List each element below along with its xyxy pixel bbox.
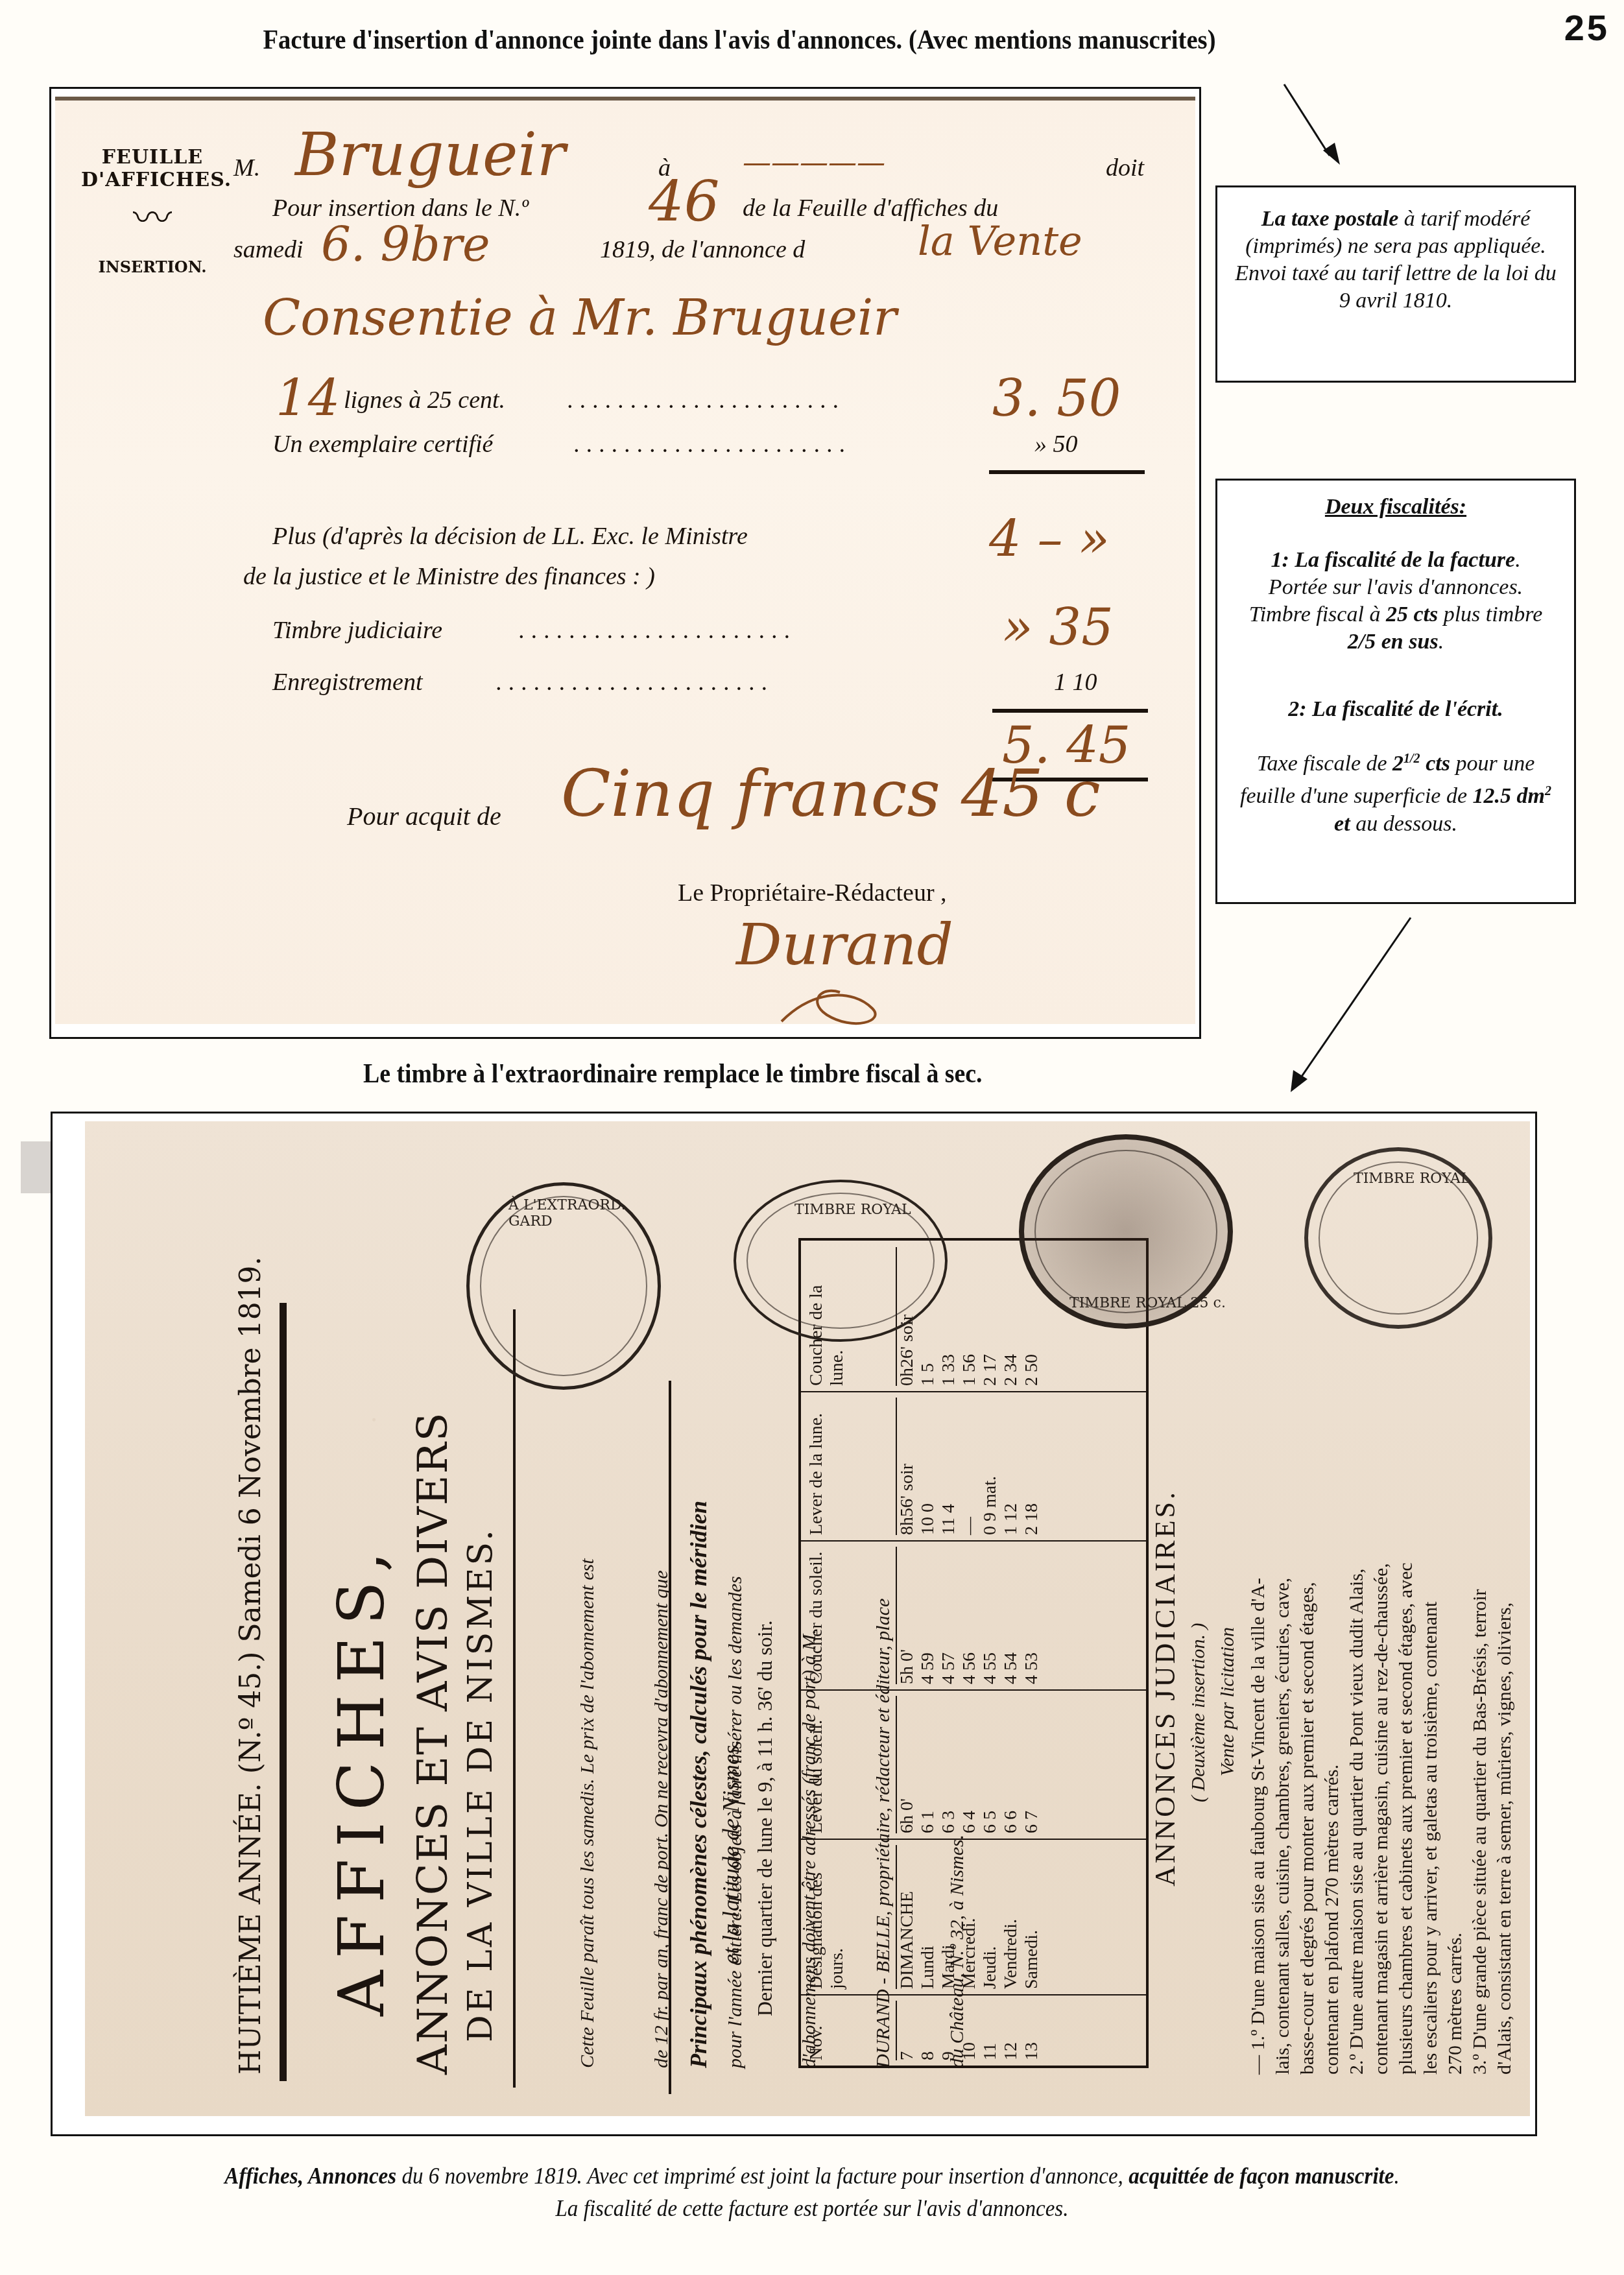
fiscal-section-1: 1: La fiscalité de la facture. Portée su… [1233,547,1558,656]
amount-lignes: 3. 50 [992,370,1121,428]
flourish-ornament-icon: 〰 [81,199,224,238]
annonce-line: d'Alais, consistant en terre à semer, mû… [1492,1562,1517,2075]
newspaper-document: HUITIÈME ANNÉE. (N.º 45.) Samedi 6 Novem… [85,1121,1530,2116]
annonce-line: 270 mètres carrés. [1443,1562,1468,2075]
notice-line: Cette Feuille paraît tous les samedis. L… [575,1559,600,2068]
annonces-subtitle: ( Deuxième insertion. ) [1188,1623,1210,1802]
table-cell: 2 17 [980,1247,1001,1386]
annonce-line: basse-cour et degrés pour monter aux pre… [1295,1562,1320,2075]
fiscal-note-heading: Deux fiscalités: [1233,494,1558,521]
caption-line-1: Affiches, Annonces du 6 novembre 1819. A… [65,2160,1559,2192]
table-cell: 10 0 [918,1398,938,1535]
table-header: Coucher du soleil. [806,1547,897,1684]
caption-text: du 6 novembre 1819. Avec cet imprimé est… [396,2163,1128,2189]
table-cell: Mercredi. [959,1845,980,1989]
annonces-title: ANNONCES JUDICIAIRES. [1149,1490,1182,1887]
stamp-legend: TIMBRE ROYAL 25 c. [1069,1295,1226,1311]
caption-line-2: La fiscalité de cette facture est portée… [65,2192,1559,2224]
table-cell: 5h 0' [897,1547,918,1684]
fiscal-note: Deux fiscalités: 1: La fiscalité de la f… [1215,479,1576,904]
newspaper-frame: HUITIÈME ANNÉE. (N.º 45.) Samedi 6 Novem… [51,1112,1537,2136]
table-cell: 4 59 [918,1547,938,1684]
phenomena-title-2: et la latitude de Nismes. [717,1739,745,1964]
invoice-masthead: FEUILLE D'AFFICHES. 〰 INSERTION. [81,146,224,276]
masthead-affiches: D'AFFICHES. [81,169,224,191]
annonce-line: les escaliers pour y arriver, et galetas… [1418,1562,1443,2075]
printed-enregistrement: Enregistrement [272,668,422,697]
table-cell: 0 9 mat. [980,1398,1001,1535]
table-cell: 8h56' soir [897,1398,918,1535]
royal-stamp-icon: TIMBRE ROYAL [734,1180,948,1342]
fiscal-s2-et: et [1334,812,1350,836]
table-cell: 13 [1021,2001,1042,2060]
fiscal-section-2-title: 2: La fiscalité de l'écrit. [1233,696,1558,723]
annonce-line: plusieurs chambres et cabinets aux premi… [1394,1562,1418,2075]
table-cell: 4 54 [1001,1547,1021,1684]
faded-stamp-icon: TIMBRE ROYAL [1304,1147,1492,1329]
amount-enregistrement: 1 10 [1054,668,1097,697]
page-title: Facture d'insertion d'annonce jointe dan… [59,25,1420,56]
phenomena-title-1: Principaux phénomènes célestes, calculés… [685,1501,712,2068]
table-cell: 6 7 [1021,1696,1042,1833]
table-cell: 8 [918,2001,938,2060]
printed-plus-line2: de la justice et le Ministre des finance… [243,562,655,591]
table-cell: 11 4 [938,1398,959,1535]
col-coucher-soleil: Coucher du soleil. 5h 0' 4 59 4 57 4 56 … [801,1540,1146,1689]
fiscal-s2-area: 12.5 dm [1473,785,1545,809]
table-header: Lever de la lune. [806,1398,897,1535]
arrow-down-right-icon [1278,78,1349,169]
invoice-frame: FEUILLE D'AFFICHES. 〰 INSERTION. M. Brug… [49,87,1201,1039]
annonce-line: — 1.º D'une maison sise au faubourg St-V… [1246,1562,1271,2075]
caption-emphasis: acquittée de façon manuscrite [1128,2163,1394,2189]
fiscal-s1-title: 1: La fiscalité de la facture [1271,548,1515,572]
table-cell: 4 57 [938,1547,959,1684]
subtotal-rule [989,470,1145,474]
col-lever-lune: Lever de la lune. 8h56' soir 10 0 11 4 —… [801,1391,1146,1540]
table-cell: 4 56 [959,1547,980,1684]
printed-plus-line1: Plus (d'après la décision de LL. Exc. le… [272,522,748,551]
fiscal-s2-fraction: 1/2 [1403,752,1420,766]
table-cell: 9 [938,2001,959,2060]
table-cell: 6h 0' [897,1696,918,1833]
bottom-caption: Affiches, Annonces du 6 novembre 1819. A… [0,2160,1624,2224]
handwritten-annonce: la Vente [918,217,1082,265]
newspaper-subtitle-1: ANNONCES ET AVIS DIVERS [409,1411,457,2075]
vente-heading: Vente par licitation [1217,1627,1239,1776]
handwritten-dash: ————— [743,146,885,179]
newspaper-header-line: HUITIÈME ANNÉE. (N.º 45.) Samedi 6 Novem… [234,1256,267,2075]
table-cell: Mardi [938,1845,959,1989]
printed-m: M. [233,154,260,182]
table-cell: 6 3 [938,1696,959,1833]
fiscal-s2-unit: cts [1420,752,1450,776]
table-cell: Lundi [918,1845,938,1989]
table-cell: — [959,1398,980,1535]
fiscal-s1-line1: Portée sur l'avis d'annonces. [1269,575,1523,599]
postal-tax-note: La taxe postale à tarif modéré (imprimés… [1215,185,1576,383]
table-cell: 6 6 [1001,1696,1021,1833]
handwritten-signature: Durand [736,911,953,978]
masthead-feuille: FEUILLE [81,146,224,169]
caption-end: . [1394,2163,1400,2189]
fiscal-s2-square: 2 [1545,784,1551,798]
printed-pour-acquit: Pour acquit de [347,801,501,831]
amount-timbre: » 35 [1002,599,1114,657]
last-quarter-note: Dernier quartier de lune le 9, à 11 h. 3… [753,1620,777,2016]
fiscal-s2-end: au dessous. [1350,812,1457,836]
total-rule [992,709,1148,713]
amount-exemplaire: » 50 [1034,430,1078,459]
table-cell: Vendredi. [1001,1845,1021,1989]
printed-timbre: Timbre judiciaire [272,616,442,645]
printed-samedi: samedi [233,235,304,264]
table-cell: 1 56 [959,1247,980,1386]
postal-note-bold: La taxe postale [1261,207,1399,231]
handwritten-lignes-count: 14 [276,370,340,428]
fiscal-s1-amount: 25 cts [1386,602,1438,626]
table-header: Nov. [806,2001,897,2060]
table-cell: 7 [897,2001,918,2060]
table-cell: DIMANCHE [897,1845,918,1989]
notice-rule [669,1381,671,2094]
handwritten-consentie: Consentie à Mr. Brugueir [263,289,897,346]
newspaper-title: AFFICHES, [325,1540,399,2016]
annonces-body: — 1.º D'une maison sise au faubourg St-V… [1246,1562,1517,2075]
table-cell: 6 1 [918,1696,938,1833]
printed-exemplaire: Un exemplaire certifié [272,430,493,459]
table-cell: 4 55 [980,1547,1001,1684]
almanac-table: Nov. 7 8 9 10 11 12 13 Désignation des j… [798,1238,1149,2068]
col-nov: Nov. 7 8 9 10 11 12 13 [801,1994,1146,2066]
leader-dots: ...................... [519,616,797,645]
leader-dots: ...................... [574,430,852,459]
annonce-line: contenant en plafond 270 mètres carrés. [1320,1562,1344,2075]
arrow-down-left-icon [1284,914,1420,1096]
annonce-line: 3.º D'une grande pièce située au quartie… [1468,1562,1492,2075]
table-cell: 6 5 [980,1696,1001,1833]
col-lever-soleil: Lever du soleil. 6h 0' 6 1 6 3 6 4 6 5 6… [801,1689,1146,1839]
table-cell: 12 [1001,2001,1021,2060]
table-header: Lever du soleil. [806,1696,897,1833]
table-cell: 6 4 [959,1696,980,1833]
subtitle-rule [513,1309,516,2088]
fiscal-s1-text: Timbre fiscal à [1249,602,1386,626]
table-header: Désignation des jours. [806,1845,897,1989]
col-jours: Désignation des jours. DIMANCHE Lundi Ma… [801,1839,1146,1994]
fiscal-section-2: Taxe fiscale de 21/2 cts pour une feuill… [1233,745,1558,838]
handwritten-acquit-amount: Cinq francs 45 c [561,756,1101,831]
table-cell: 4 53 [1021,1547,1042,1684]
page-number: 25 [1564,6,1610,49]
masthead-insertion: INSERTION. [81,257,224,276]
printed-doit: doit [1106,154,1144,182]
stamp-legend: À L'EXTRAORD. GARD [508,1197,658,1230]
fiscal-s2-title: 2: La fiscalité de l'écrit. [1288,697,1503,721]
handwritten-name: Brugueir [295,120,566,189]
annonce-line: lais, contenant salles, cuisine, chambre… [1271,1562,1295,2075]
stamp-legend: TIMBRE ROYAL [1354,1171,1470,1187]
annonce-line: contenant magasin et arrière magasin, cu… [1369,1562,1394,2075]
table-cell: 1 12 [1001,1398,1021,1535]
table-cell: Jeudi. [980,1845,1001,1989]
leader-dots: ...................... [567,386,846,414]
table-cell: Samedi. [1021,1845,1042,1989]
stamp-legend: TIMBRE ROYAL [794,1202,911,1218]
invoice-document: FEUILLE D'AFFICHES. 〰 INSERTION. M. Brug… [55,97,1195,1024]
table-cell: 11 [980,2001,1001,2060]
fiscal-s2-amount: 2 [1392,752,1403,776]
table-cell: 2 34 [1001,1247,1021,1386]
printed-lignes: lignes à 25 cent. [344,386,505,414]
fiscal-25c-stamp-icon: TIMBRE ROYAL 25 c. [1019,1134,1233,1329]
caption-title: Affiches, Annonces [224,2163,396,2189]
table-cell: 10 [959,2001,980,2060]
printed-year: 1819, de l'annonce d [600,235,805,264]
fiscal-s1-surcharge: 2/5 en sus [1348,630,1439,654]
amount-plus: 4 – » [989,510,1110,569]
header-double-rule [280,1303,287,2081]
postal-note-text2: Envoi taxé au tarif lettre de la loi du … [1235,261,1556,313]
extraordinaire-stamp-icon: À L'EXTRAORD. GARD [466,1182,661,1390]
section-caption: Le timbre à l'extraordinaire remplace le… [363,1058,1180,1090]
annonce-line: 2.º D'une autre maison sise au quartier … [1344,1562,1369,2075]
fiscal-s2-text: Taxe fiscale de [1257,752,1392,776]
signature-paraph-icon [775,983,892,1034]
leader-dots: ...................... [496,668,774,697]
fiscal-s1-text2: plus timbre [1438,602,1542,626]
table-cell: 2 18 [1021,1398,1042,1535]
handwritten-date: 6. 9bre [321,217,490,272]
printed-proprietaire: Le Propriétaire-Rédacteur , [678,879,947,907]
almanac-table-body: Nov. 7 8 9 10 11 12 13 Désignation des j… [801,1241,1146,2066]
newspaper-subtitle-2: DE LA VILLE DE NISMES. [461,1527,500,2042]
handwritten-issue-number: 46 [649,169,719,234]
